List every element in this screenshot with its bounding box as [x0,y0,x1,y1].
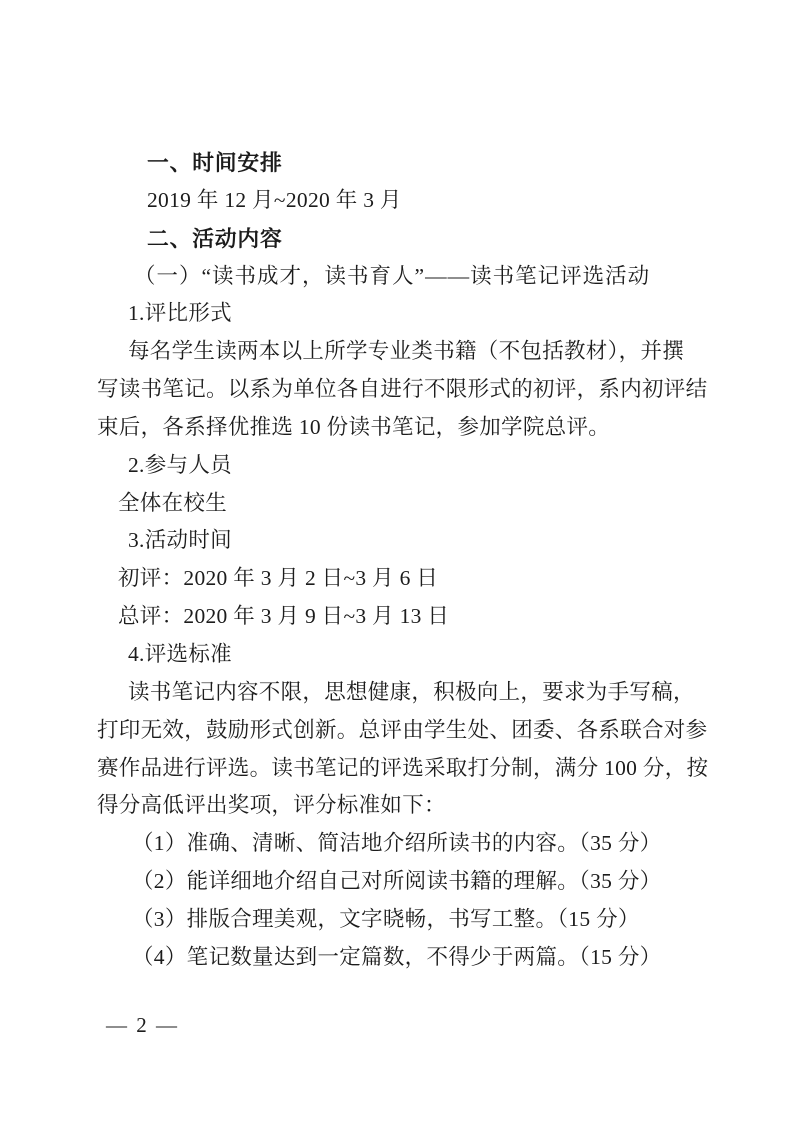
text-line: 二、活动内容 [97,220,703,258]
document-page: 一、时间安排2019 年 12 月~2020 年 3 月二、活动内容（一）“读书… [0,0,793,1122]
text-line: 2019 年 12 月~2020 年 3 月 [97,182,703,220]
text-line: 读书笔记内容不限，思想健康，积极向上，要求为手写稿， [97,674,703,712]
text-line: 得分高低评出奖项，评分标准如下： [97,787,703,825]
text-line: 3.活动时间 [97,522,703,560]
text-line: 赛作品进行评选。读书笔记的评选采取打分制，满分 100 分，按 [97,750,703,788]
text-line: 打印无效，鼓励形式创新。总评由学生处、团委、各系联合对参 [97,712,703,750]
page-number-footer: — 2 — [106,1010,179,1040]
text-line: 初评：2020 年 3 月 2 日~3 月 6 日 [97,560,703,598]
text-line: 束后，各系择优推选 10 份读书笔记，参加学院总评。 [97,409,703,447]
document-lines: 一、时间安排2019 年 12 月~2020 年 3 月二、活动内容（一）“读书… [97,144,703,977]
text-line: 1.评比形式 [97,295,703,333]
text-line: 2.参与人员 [97,447,703,485]
text-line: 全体在校生 [97,485,703,523]
text-line: 4.评选标准 [97,636,703,674]
text-line: 一、时间安排 [97,144,703,182]
text-line: 写读书笔记。以系为单位各自进行不限形式的初评，系内初评结 [97,371,703,409]
text-line: （一）“读书成才，读书育人”——读书笔记评选活动 [97,258,703,296]
text-line: （2）能详细地介绍自己对所阅读书籍的理解。（35 分） [97,863,703,901]
text-line: （4）笔记数量达到一定篇数，不得少于两篇。（15 分） [97,939,703,977]
text-line: 每名学生读两本以上所学专业类书籍（不包括教材），并撰 [97,333,703,371]
text-line: 总评：2020 年 3 月 9 日~3 月 13 日 [97,598,703,636]
text-line: （3）排版合理美观，文字晓畅，书写工整。（15 分） [97,901,703,939]
text-line: （1）准确、清晰、简洁地介绍所读书的内容。（35 分） [97,825,703,863]
